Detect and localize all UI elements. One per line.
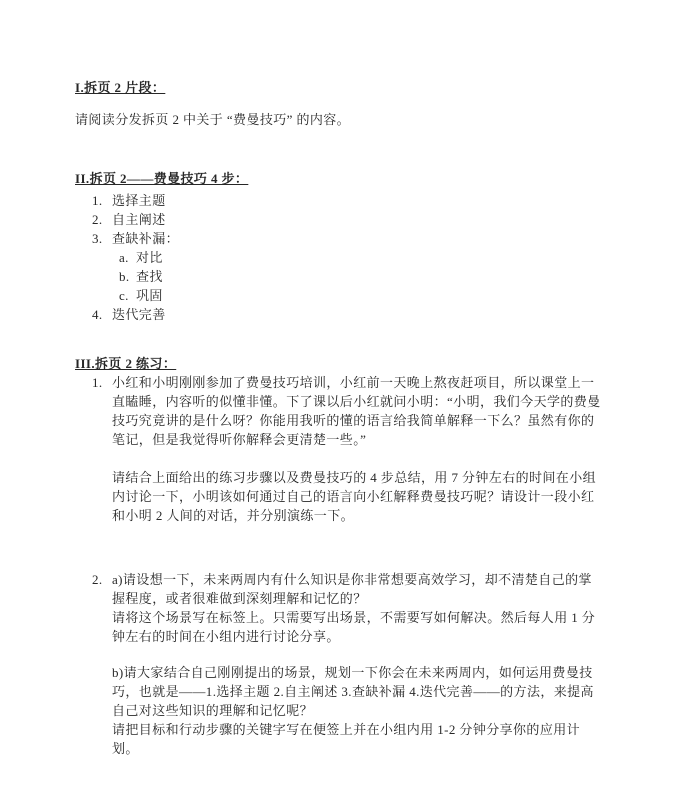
exercise-item-2: 2. a)请设想一下，未来两周内有什么知识是你非常想要高效学习，却不清楚自己的掌…: [75, 570, 602, 758]
list-item: 2. 自主阐述: [75, 210, 602, 229]
list-marker: b.: [119, 267, 136, 286]
list-marker: 2.: [92, 210, 112, 229]
feynman-steps-list: 1. 选择主题 2. 自主阐述 3. 查缺补漏： a. 对比 b. 查找 c. …: [75, 191, 602, 324]
list-marker: c.: [119, 286, 136, 305]
list-item-label: 选择主题: [112, 191, 166, 210]
exercise-marker: 1.: [92, 373, 112, 525]
list-marker: 3.: [92, 229, 112, 248]
list-item: 1. 选择主题: [75, 191, 602, 210]
section1-heading: I.拆页 2 片段：: [75, 78, 602, 97]
list-marker: 4.: [92, 305, 112, 324]
document-page: I.拆页 2 片段： 请阅读分发拆页 2 中关于 “费曼技巧” 的内容。 II.…: [0, 0, 676, 791]
list-item-label: 迭代完善: [112, 305, 166, 324]
list-item-label: 自主阐述: [112, 210, 166, 229]
section1-paragraph: 请阅读分发拆页 2 中关于 “费曼技巧” 的内容。: [75, 110, 602, 129]
list-item-label: 对比: [136, 248, 163, 267]
list-item-label: 查缺补漏：: [112, 229, 179, 248]
list-marker: a.: [119, 248, 136, 267]
sub-list-item: b. 查找: [75, 267, 602, 286]
exercise-paragraph: b)请大家结合自己刚刚提出的场景，规划一下你会在未来两周内，如何运用费曼技巧，也…: [112, 663, 602, 758]
sub-list-item: a. 对比: [75, 248, 602, 267]
list-item-label: 巩固: [136, 286, 163, 305]
list-item: 4. 迭代完善: [75, 305, 602, 324]
list-item-label: 查找: [136, 267, 163, 286]
exercise-body: 小红和小明刚刚参加了费曼技巧培训，小红前一天晚上熬夜赶项目，所以课堂上一直瞌睡，…: [112, 373, 602, 525]
exercise-paragraph: 小红和小明刚刚参加了费曼技巧培训，小红前一天晚上熬夜赶项目，所以课堂上一直瞌睡，…: [112, 373, 602, 449]
list-item: 3. 查缺补漏：: [75, 229, 602, 248]
sub-list-item: c. 巩固: [75, 286, 602, 305]
exercise-marker: 2.: [92, 570, 112, 758]
section2-heading: II.拆页 2——费曼技巧 4 步：: [75, 169, 602, 188]
list-marker: 1.: [92, 191, 112, 210]
exercise-body: a)请设想一下，未来两周内有什么知识是你非常想要高效学习，却不清楚自己的掌握程度…: [112, 570, 602, 758]
exercise-paragraph: a)请设想一下，未来两周内有什么知识是你非常想要高效学习，却不清楚自己的掌握程度…: [112, 570, 602, 646]
exercise-paragraph: 请结合上面给出的练习步骤以及费曼技巧的 4 步总结，用 7 分钟左右的时间在小组…: [112, 468, 602, 525]
exercise-item-1: 1. 小红和小明刚刚参加了费曼技巧培训，小红前一天晚上熬夜赶项目，所以课堂上一直…: [75, 373, 602, 525]
section3-heading: III.拆页 2 练习：: [75, 354, 602, 373]
